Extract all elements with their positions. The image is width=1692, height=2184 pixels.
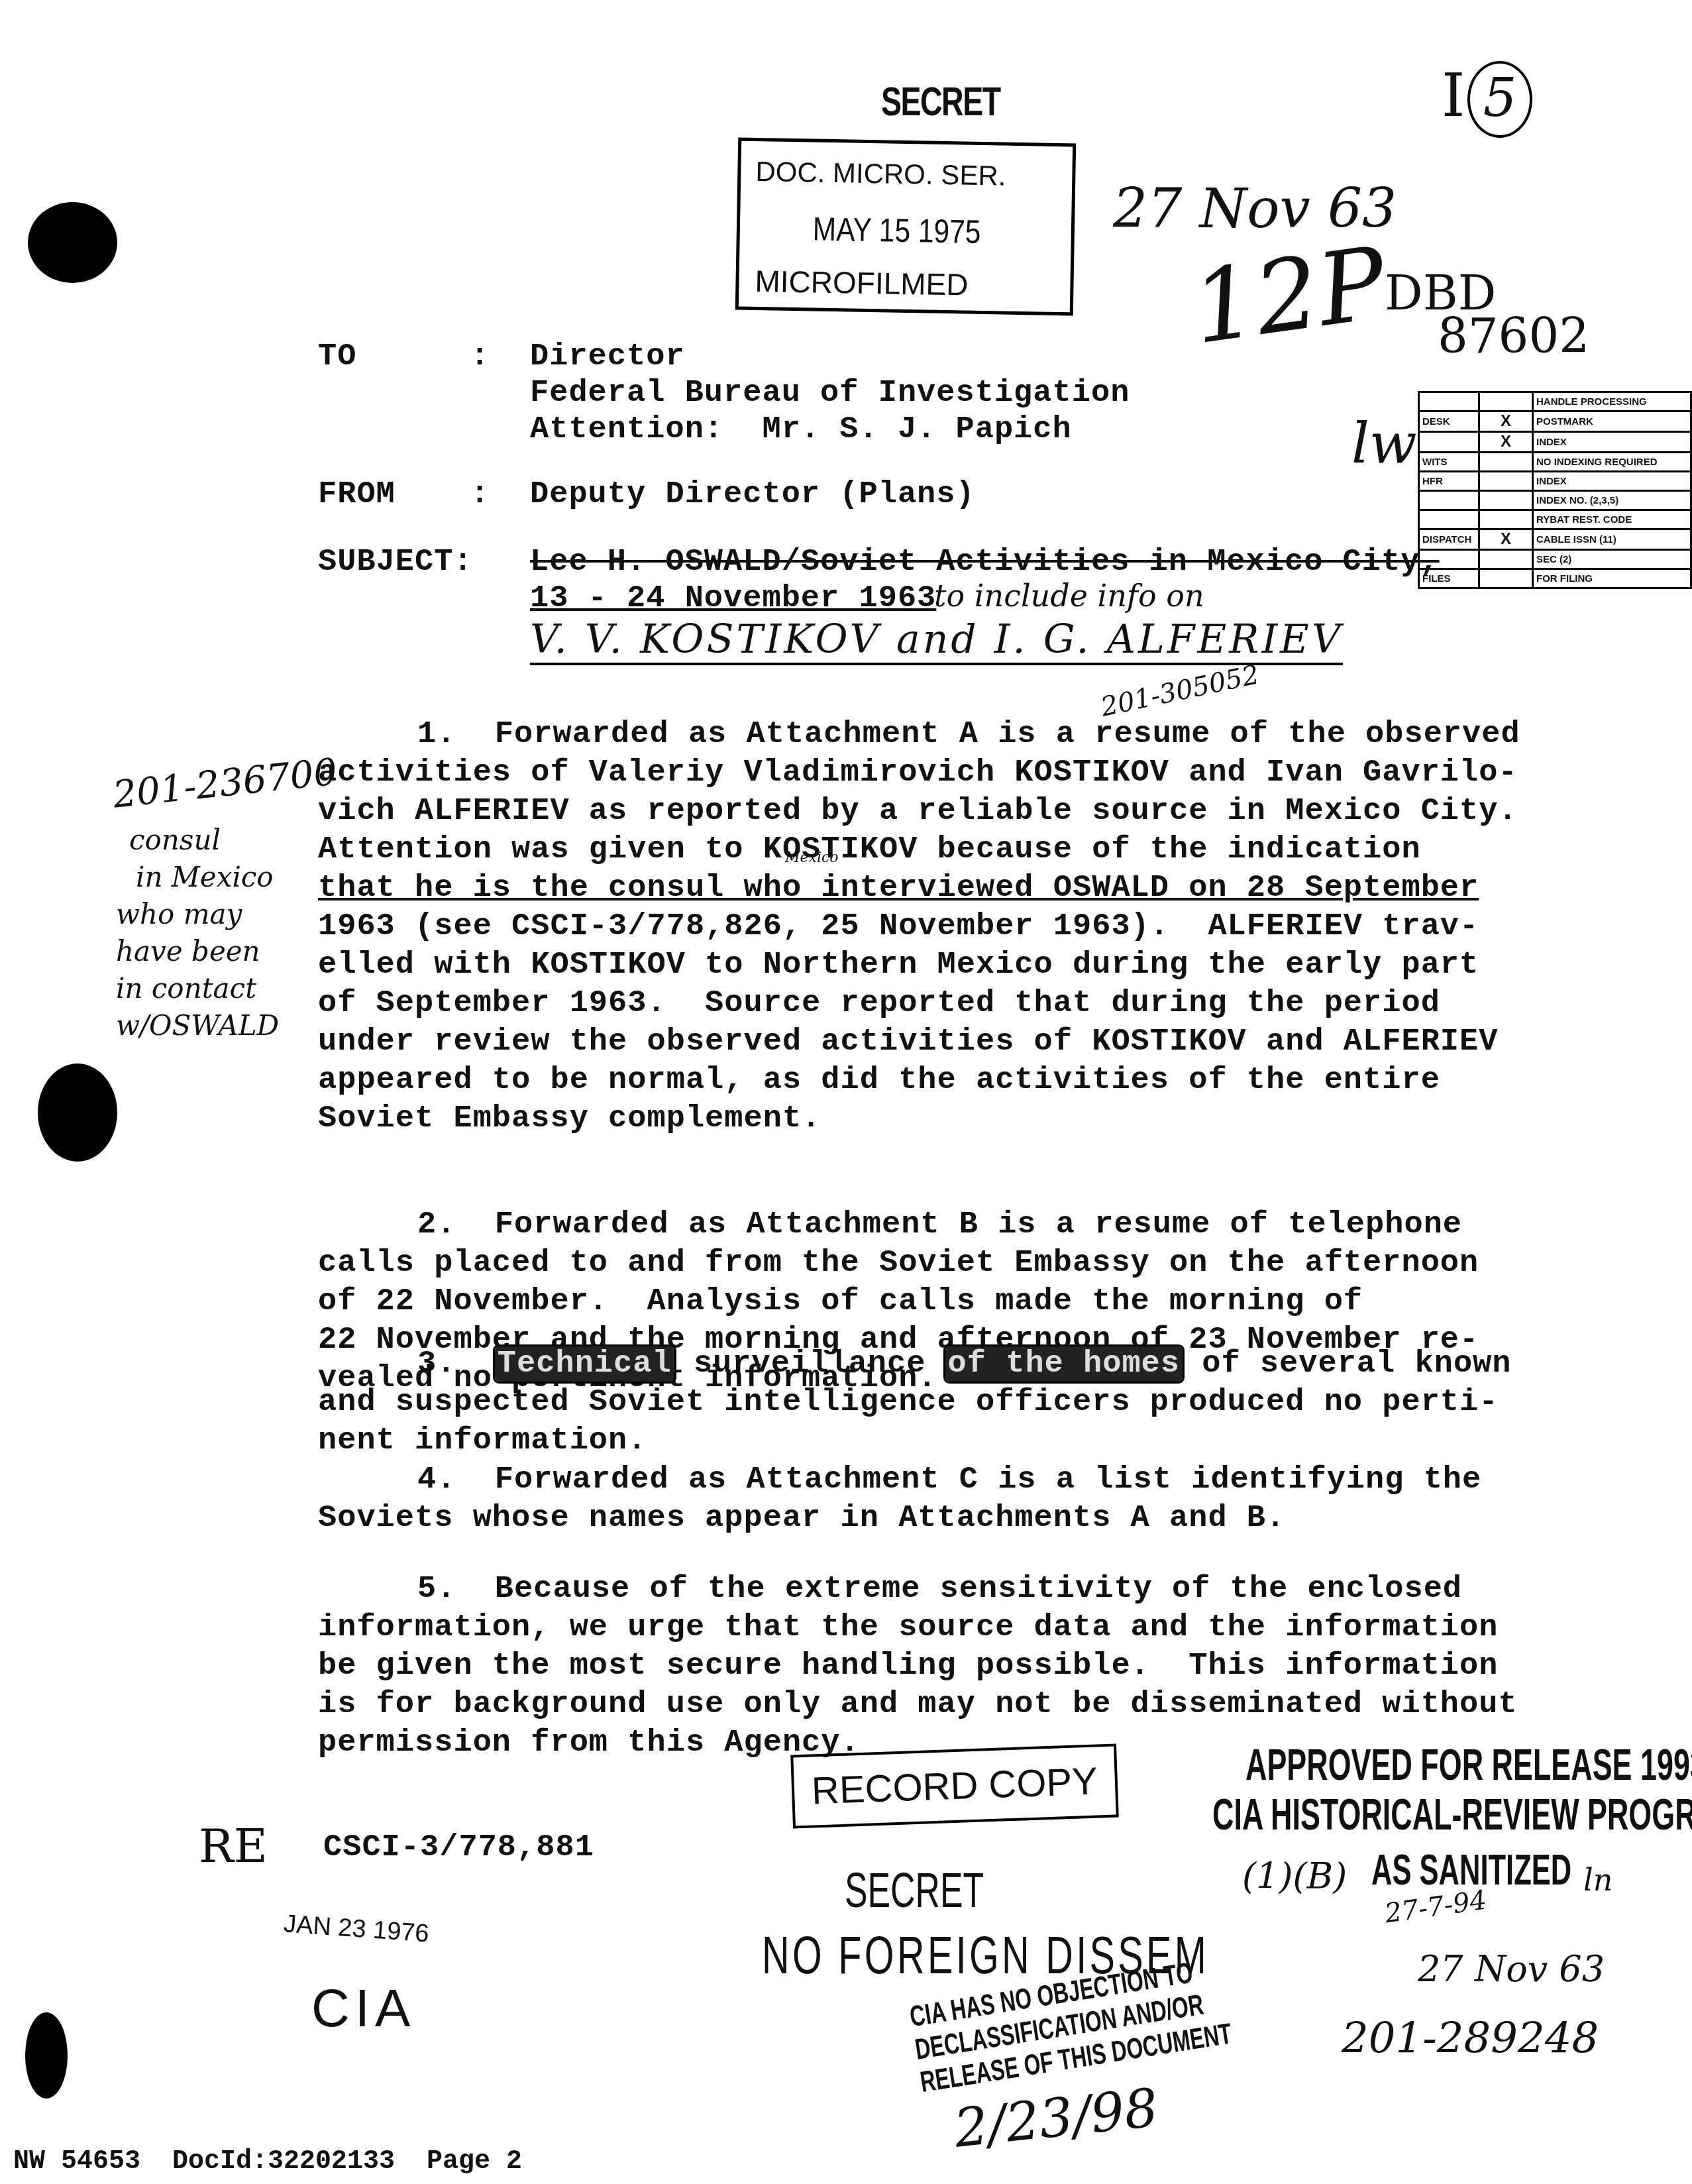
routing-label-cell: FOR FILING bbox=[1533, 569, 1691, 588]
paragraph-line: appeared to be normal, as did the activi… bbox=[318, 1062, 1520, 1100]
paragraph-line: vich ALFERIEV as reported by a reliable … bbox=[318, 792, 1520, 831]
routing-slip-row: RYBAT REST. CODE bbox=[1419, 510, 1691, 529]
to-colon: : bbox=[470, 338, 490, 376]
redacted-text: of the homes bbox=[945, 1346, 1183, 1382]
margin-note-line: who may bbox=[116, 896, 279, 933]
routing-check-cell bbox=[1479, 569, 1533, 588]
doc-footer: NW 54653 DocId:32202133 Page 2 bbox=[13, 2147, 522, 2177]
routing-label-cell: INDEX bbox=[1533, 472, 1691, 491]
paragraph-3: 3. Technical surveillance of the homes o… bbox=[318, 1345, 1512, 1460]
punch-hole bbox=[25, 2012, 68, 2099]
paragraph-number: 2. bbox=[318, 1207, 456, 1242]
margin-note-line: in Mexico bbox=[116, 859, 279, 896]
routing-label-cell: INDEX NO. (2,3,5) bbox=[1533, 491, 1691, 510]
handwritten-initial: lw bbox=[1351, 411, 1417, 476]
paragraph-line: and suspected Soviet intelligence office… bbox=[318, 1384, 1512, 1422]
paragraph-5: 5. Because of the extreme sensitivity of… bbox=[318, 1570, 1518, 1763]
paragraph-text: of several known bbox=[1183, 1346, 1511, 1382]
routing-check-cell: X bbox=[1479, 432, 1533, 453]
paragraph-text: surveillance bbox=[674, 1346, 945, 1382]
handwritten-dbd-number: 87602 bbox=[1438, 308, 1589, 364]
paragraph-1-hand-insert: Mexico bbox=[785, 849, 839, 866]
routing-slip: HANDLE PROCESSINGDESKXPOSTMARKXINDEXWITS… bbox=[1418, 391, 1692, 589]
margin-note-line: have been bbox=[116, 933, 279, 970]
to-line-3: Attention: Mr. S. J. Papich bbox=[530, 411, 1072, 449]
routing-label-cell: CABLE ISSN (11) bbox=[1533, 529, 1691, 550]
routing-slip-row: HANDLE PROCESSING bbox=[1419, 392, 1691, 411]
paragraph-line: Soviet Embassy complement. bbox=[318, 1100, 1520, 1138]
routing-label-cell: HFR bbox=[1419, 472, 1479, 491]
routing-slip-row: FILESFOR FILING bbox=[1419, 569, 1691, 588]
routing-slip-row: WITSNO INDEXING REQUIRED bbox=[1419, 453, 1691, 472]
paragraph-line: of September 1963. Source reported that … bbox=[318, 985, 1520, 1023]
to-line-2: Federal Bureau of Investigation bbox=[530, 374, 1130, 413]
routing-slip-row: INDEX NO. (2,3,5) bbox=[1419, 491, 1691, 510]
routing-slip-row: DESKXPOSTMARK bbox=[1419, 411, 1691, 432]
approved-release-line2: CIA HISTORICAL-REVIEW PROGRA bbox=[1212, 1789, 1692, 1839]
routing-check-cell bbox=[1479, 392, 1533, 411]
classification-bottom: SECRET bbox=[845, 1862, 984, 1918]
margin-note-line: consul bbox=[116, 822, 279, 859]
paragraph-line: that he is the consul who interviewed OS… bbox=[318, 869, 1520, 908]
paragraph-line: under review the observed activities of … bbox=[318, 1023, 1520, 1062]
routing-slip-row: XINDEX bbox=[1419, 432, 1691, 453]
routing-check-cell: X bbox=[1479, 411, 1533, 432]
paragraph-number: 3. bbox=[318, 1346, 456, 1382]
hand-exemption: (1)(B) bbox=[1242, 1855, 1347, 1897]
routing-label-cell: RYBAT REST. CODE bbox=[1533, 510, 1691, 529]
approved-release-line1: APPROVED FOR RELEASE 1993 bbox=[1245, 1739, 1692, 1790]
margin-note: consul in Mexico who may have been in co… bbox=[116, 822, 279, 1044]
routing-check-cell bbox=[1479, 510, 1533, 529]
paragraph-line: Soviets whose names appear in Attachment… bbox=[318, 1500, 1481, 1538]
re-hand: RE bbox=[199, 1819, 268, 1873]
margin-note-line: in contact bbox=[116, 970, 279, 1007]
routing-slip-row: SEC (2) bbox=[1419, 550, 1691, 569]
paragraph-line: elled with KOSTIKOV to Northern Mexico d… bbox=[318, 946, 1520, 985]
microfilm-stamp-line1: DOC. MICRO. SER. bbox=[755, 156, 1006, 192]
routing-slip-row: DISPATCHXCABLE ISSN (11) bbox=[1419, 529, 1691, 550]
paragraph-line: nent information. bbox=[318, 1422, 1512, 1460]
routing-label-cell bbox=[1419, 510, 1479, 529]
paragraph-number: 5. bbox=[318, 1572, 456, 1607]
routing-label-cell: INDEX bbox=[1533, 432, 1691, 453]
record-copy-stamp: RECORD COPY bbox=[790, 1743, 1118, 1828]
hand-file-number: 201-305052 bbox=[1098, 659, 1262, 722]
paragraph-line: 1963 (see CSCI-3/778,826, 25 November 19… bbox=[318, 908, 1520, 946]
punch-hole bbox=[38, 1064, 117, 1162]
paragraph-line: Forwarded as Attachment C is a list iden… bbox=[495, 1462, 1481, 1498]
page-mark-letter: I bbox=[1442, 61, 1465, 131]
routing-label-cell bbox=[1419, 491, 1479, 510]
paragraph-number: 4. bbox=[318, 1462, 456, 1498]
paragraph-line: Forwarded as Attachment B is a resume of… bbox=[495, 1207, 1462, 1242]
paragraph-line: activities of Valeriy Vladimirovich KOST… bbox=[318, 754, 1520, 792]
hand-file-number-2: 201-289248 bbox=[1342, 2014, 1599, 2063]
routing-slip-row: HFRINDEX bbox=[1419, 472, 1691, 491]
paragraph-line: Because of the extreme sensitivity of th… bbox=[495, 1572, 1462, 1607]
classification-top: SECRET bbox=[881, 78, 1000, 125]
microfilm-stamp-date: MAY 15 1975 bbox=[812, 210, 981, 251]
from-label: FROM bbox=[318, 476, 396, 514]
cia-stamp: CIA bbox=[311, 1978, 415, 2039]
paragraph-line: Attention was given to KOSTIKOV because … bbox=[318, 831, 1520, 869]
jan-stamp: JAN 23 1976 bbox=[283, 1910, 430, 1948]
microfilm-stamp: DOC. MICRO. SER. MAY 15 1975 MICROFILMED bbox=[735, 138, 1076, 316]
paragraph-line: be given the most secure handling possib… bbox=[318, 1647, 1518, 1686]
subject-hand-line3: V. V. KOSTIKOV and I. G. ALFERIEV bbox=[530, 616, 1343, 665]
paragraph-line: Forwarded as Attachment A is a resume of… bbox=[495, 717, 1520, 752]
paragraph-line: is for background use only and may not b… bbox=[318, 1686, 1518, 1724]
redacted-text: Technical bbox=[495, 1346, 674, 1382]
from-colon: : bbox=[470, 476, 490, 514]
routing-label-cell: HANDLE PROCESSING bbox=[1533, 392, 1691, 411]
routing-label-cell: NO INDEXING REQUIRED bbox=[1533, 453, 1691, 472]
paragraph-line: information, we urge that the source dat… bbox=[318, 1609, 1518, 1647]
page-number-circle: 5 bbox=[1467, 61, 1532, 138]
paragraph-1: 1. Forwarded as Attachment A is a resume… bbox=[318, 716, 1520, 1138]
subject-hand-insert: to include info on bbox=[934, 578, 1204, 614]
paragraph-4: 4. Forwarded as Attachment C is a list i… bbox=[318, 1461, 1481, 1538]
paragraph-line: calls placed to and from the Soviet Emba… bbox=[318, 1244, 1479, 1283]
handwritten-12p: 12P bbox=[1185, 226, 1393, 367]
punch-hole bbox=[28, 202, 117, 283]
subject-line-2: 13 - 24 November 1963 bbox=[530, 580, 936, 618]
to-label: TO bbox=[318, 338, 356, 376]
routing-label-cell: WITS bbox=[1419, 453, 1479, 472]
routing-label-cell: POSTMARK bbox=[1533, 411, 1691, 432]
routing-check-cell: X bbox=[1479, 529, 1533, 550]
subject-line-1: Lee H. OSWALD/Soviet Activities in Mexic… bbox=[530, 543, 1440, 582]
from-value: Deputy Director (Plans) bbox=[530, 476, 975, 514]
routing-check-cell bbox=[1479, 550, 1533, 569]
page-mark: I 5 bbox=[1442, 61, 1532, 138]
paragraph-line: of 22 November. Analysis of calls made t… bbox=[318, 1283, 1479, 1321]
subject-label: SUBJECT: bbox=[318, 543, 473, 582]
routing-check-cell bbox=[1479, 453, 1533, 472]
routing-label-cell bbox=[1419, 392, 1479, 411]
hand-date-2: 27 Nov 63 bbox=[1418, 1948, 1605, 1990]
routing-label-cell: DESK bbox=[1419, 411, 1479, 432]
routing-label-cell bbox=[1419, 432, 1479, 453]
microfilm-stamp-line3: MICROFILMED bbox=[755, 263, 969, 303]
routing-check-cell bbox=[1479, 472, 1533, 491]
margin-file-number: 201-236700 bbox=[111, 750, 340, 816]
paragraph-number: 1. bbox=[318, 717, 456, 752]
hand-initials: ln bbox=[1583, 1862, 1613, 1898]
to-line-1: Director bbox=[530, 338, 685, 376]
routing-label-cell: SEC (2) bbox=[1533, 550, 1691, 569]
reference-number: CSCI-3/778,881 bbox=[323, 1829, 594, 1867]
margin-note-line: w/OSWALD bbox=[116, 1007, 279, 1044]
routing-check-cell bbox=[1479, 491, 1533, 510]
